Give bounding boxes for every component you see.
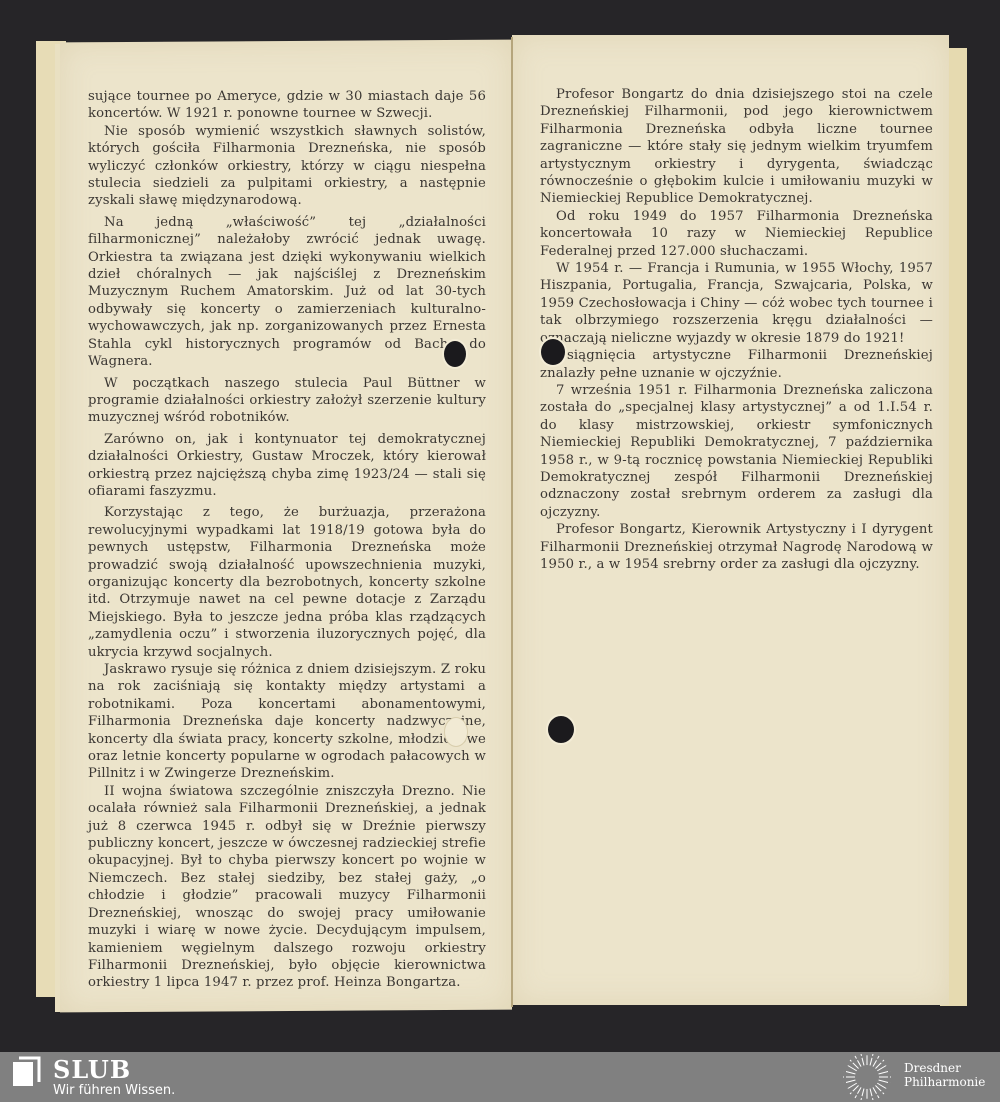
philharmonie-line2: Philharmonie — [904, 1075, 985, 1089]
paragraph: Profesor Bongartz do dnia dzisiejszego s… — [540, 86, 933, 208]
left-page-text: sujące tournee po Ameryce, gdzie w 30 mi… — [88, 88, 486, 992]
punch-hole — [548, 716, 574, 743]
paragraph: Na jedną „właściwość” tej „działalności … — [88, 214, 486, 371]
paragraph: sujące tournee po Ameryce, gdzie w 30 mi… — [88, 88, 486, 123]
philharmonie-logo-text: Dresdner Philharmonie — [904, 1061, 985, 1089]
book-pages-icon — [13, 1056, 41, 1086]
sunburst-hexagon-icon — [842, 1054, 892, 1100]
paragraph: Zarówno on, jak i kontynuator tej demokr… — [88, 431, 486, 501]
viewer-footer: SLUB Wir führen Wissen. Dresdner Philhar… — [0, 1052, 1000, 1102]
punch-hole — [444, 341, 466, 367]
paragraph: II wojna światowa szczególnie zniszczyła… — [88, 783, 486, 992]
paragraph: Nie sposób wymienić wszystkich sławnych … — [88, 123, 486, 210]
punch-hole — [445, 718, 467, 746]
paragraph: 7 września 1951 r. Filharmonia Drezneńsk… — [540, 382, 933, 521]
paragraph: W 1954 r. — Francja i Rumunia, w 1955 Wł… — [540, 260, 933, 347]
paragraph: Korzystając z tego, że burżuazja, przera… — [88, 504, 486, 661]
slub-tagline: Wir führen Wissen. — [53, 1083, 175, 1098]
center-fold — [511, 37, 513, 1007]
slub-logo-text: SLUB — [53, 1055, 131, 1084]
paragraph: Od roku 1949 do 1957 Filharmonia Drezneń… — [540, 208, 933, 260]
punch-hole — [541, 339, 565, 365]
paragraph: Osiągnięcia artystyczne Filharmonii Drez… — [540, 347, 933, 382]
philharmonie-line1: Dresdner — [904, 1061, 985, 1075]
right-page-text: Profesor Bongartz do dnia dzisiejszego s… — [540, 86, 933, 573]
paragraph: W początkach naszego stulecia Paul Büttn… — [88, 375, 486, 427]
paragraph: Jaskrawo rysuje się różnica z dniem dzis… — [88, 661, 486, 783]
paragraph: Profesor Bongartz, Kierownik Artystyczny… — [540, 521, 933, 573]
